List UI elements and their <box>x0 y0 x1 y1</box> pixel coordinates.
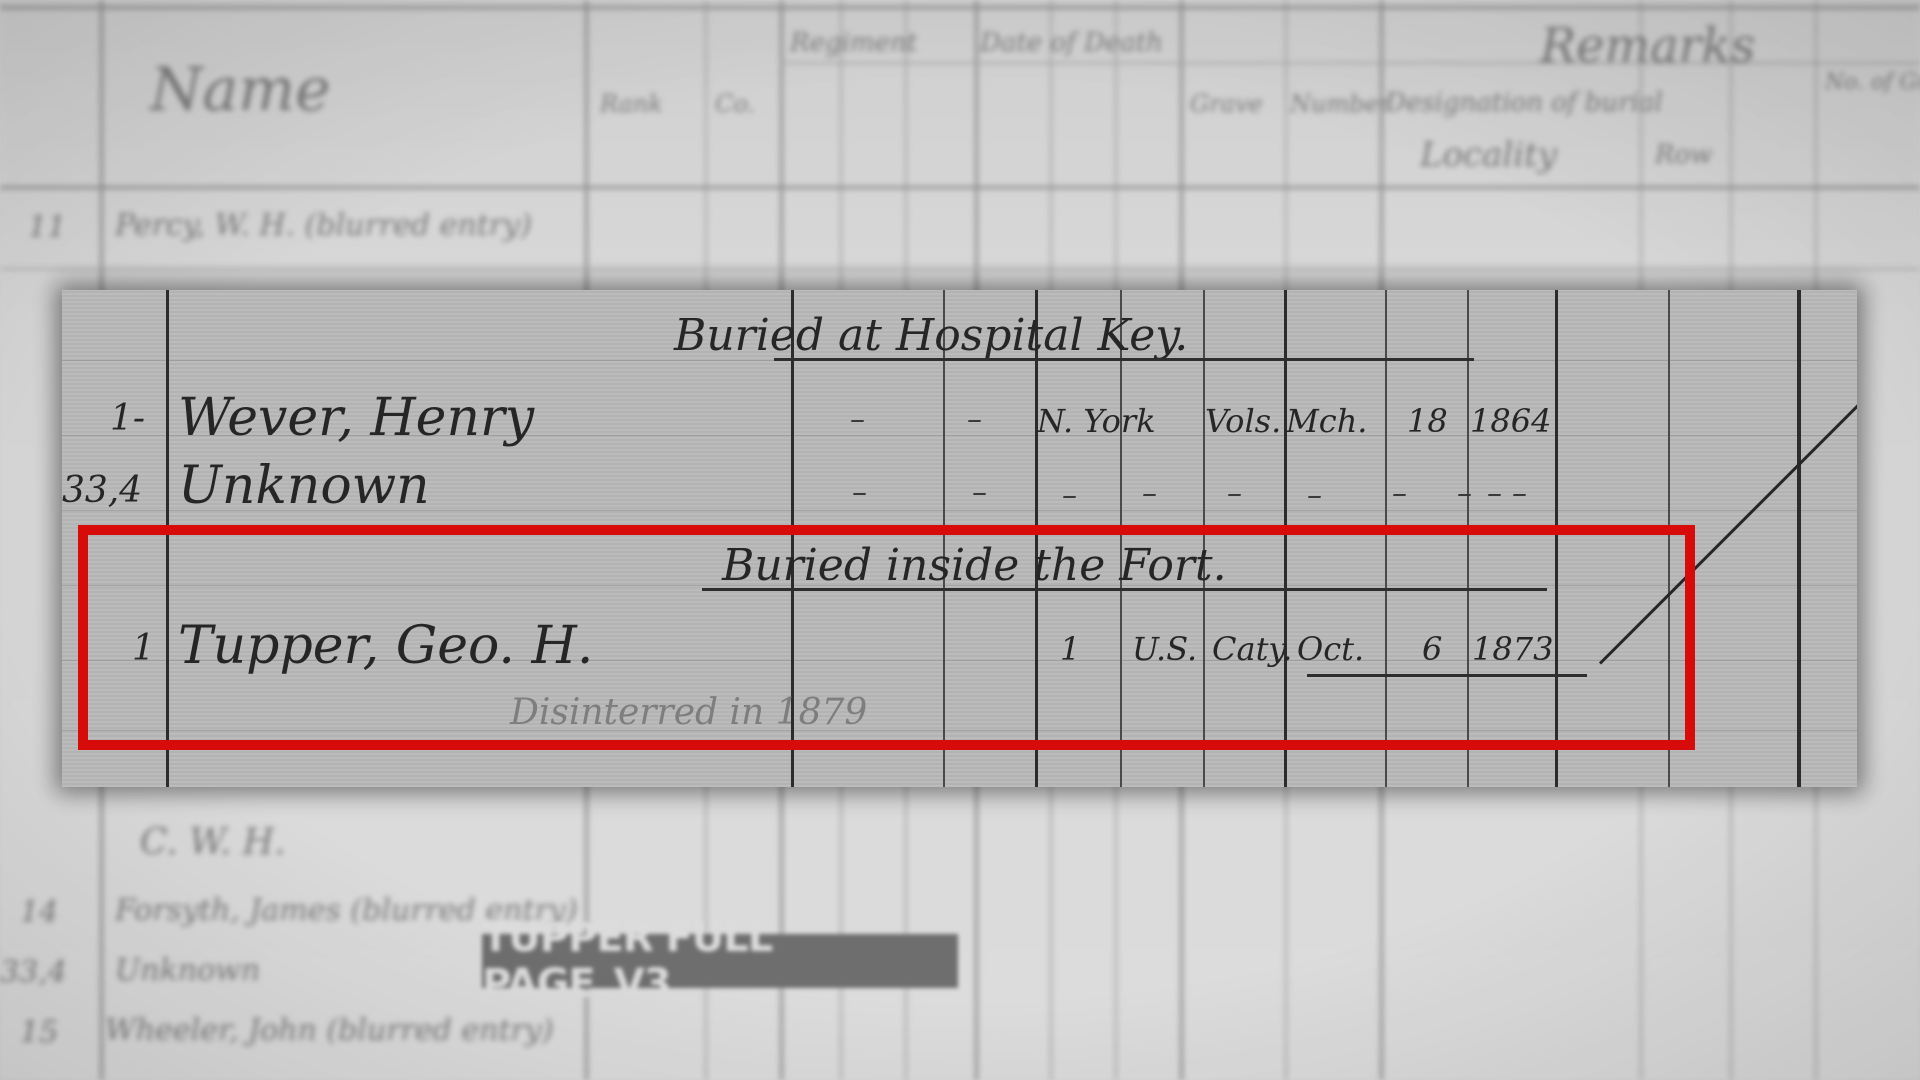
ledger-subheader: No. of Grave <box>1825 70 1920 95</box>
ledger-subheader: Row <box>1655 140 1712 170</box>
ledger-row-line <box>0 6 1920 9</box>
empty-cell-dash: – <box>850 402 865 437</box>
empty-cell-dash: – <box>967 402 982 437</box>
column-line <box>1797 290 1801 787</box>
ledger-row-text: C. W. H. <box>140 822 286 863</box>
empty-cell-dash: – <box>1512 476 1527 511</box>
empty-cell-dash: – <box>1142 476 1157 511</box>
ledger-header-name: Name <box>150 55 331 125</box>
watermark-label: TUPPER FULL PAGE_V3 <box>482 934 958 988</box>
ledger-subheader: Date of Death <box>980 28 1163 58</box>
month-cell: Mch. <box>1286 402 1367 440</box>
ledger-row-line <box>0 186 1920 189</box>
ledger-header-remarks: Remarks <box>1540 18 1755 74</box>
section-heading-hospital-key: Buried at Hospital Key. <box>674 310 1188 361</box>
ledger-row-text: Wheeler, John (blurred entry) <box>105 1013 554 1048</box>
ledger-row-number: 15 <box>20 1015 58 1050</box>
ledger-subheader: Number <box>1290 90 1390 118</box>
ledger-row-number: 14 <box>20 895 58 930</box>
ledger-row-number: 33,4 <box>0 955 67 990</box>
unit-cell: Vols. <box>1205 402 1281 440</box>
ledger-row-text: Percy, W. H. (blurred entry) <box>115 208 532 243</box>
heading-underline <box>774 358 1474 361</box>
line-number: 1- <box>110 398 145 439</box>
ledger-subheader: Co. <box>715 90 755 118</box>
ledger-row-line <box>0 268 1920 270</box>
empty-cell-dash: – <box>1487 476 1502 511</box>
ledger-subheader: Rank <box>600 90 663 118</box>
state-cell: N. York <box>1037 402 1156 440</box>
ledger-subheader: Grave <box>1190 90 1263 118</box>
day-cell: 18 <box>1407 402 1448 440</box>
burial-name-wever-henry: Wever, Henry <box>178 388 534 448</box>
empty-cell-dash: – <box>852 475 867 510</box>
ledger-row-text: Unknown <box>115 953 260 988</box>
ledger-subheader: Regiment <box>790 28 917 58</box>
line-number: 33,4 <box>62 470 142 511</box>
year-cell: 1864 <box>1470 402 1551 440</box>
empty-cell-dash: – <box>1227 476 1242 511</box>
ledger-subheader: Locality <box>1420 135 1557 175</box>
ledger-row-number: 11 <box>28 210 66 245</box>
empty-cell-dash: – <box>1062 478 1077 513</box>
empty-cell-dash: – <box>972 475 987 510</box>
empty-cell-dash: – <box>1392 476 1407 511</box>
empty-cell-dash: – <box>1457 476 1472 511</box>
ledger-subheader: Designation of burial <box>1385 88 1663 118</box>
highlight-box-tupper-entry <box>78 525 1695 750</box>
burial-name-unknown: Unknown <box>178 456 430 516</box>
empty-cell-dash: – <box>1307 478 1322 513</box>
